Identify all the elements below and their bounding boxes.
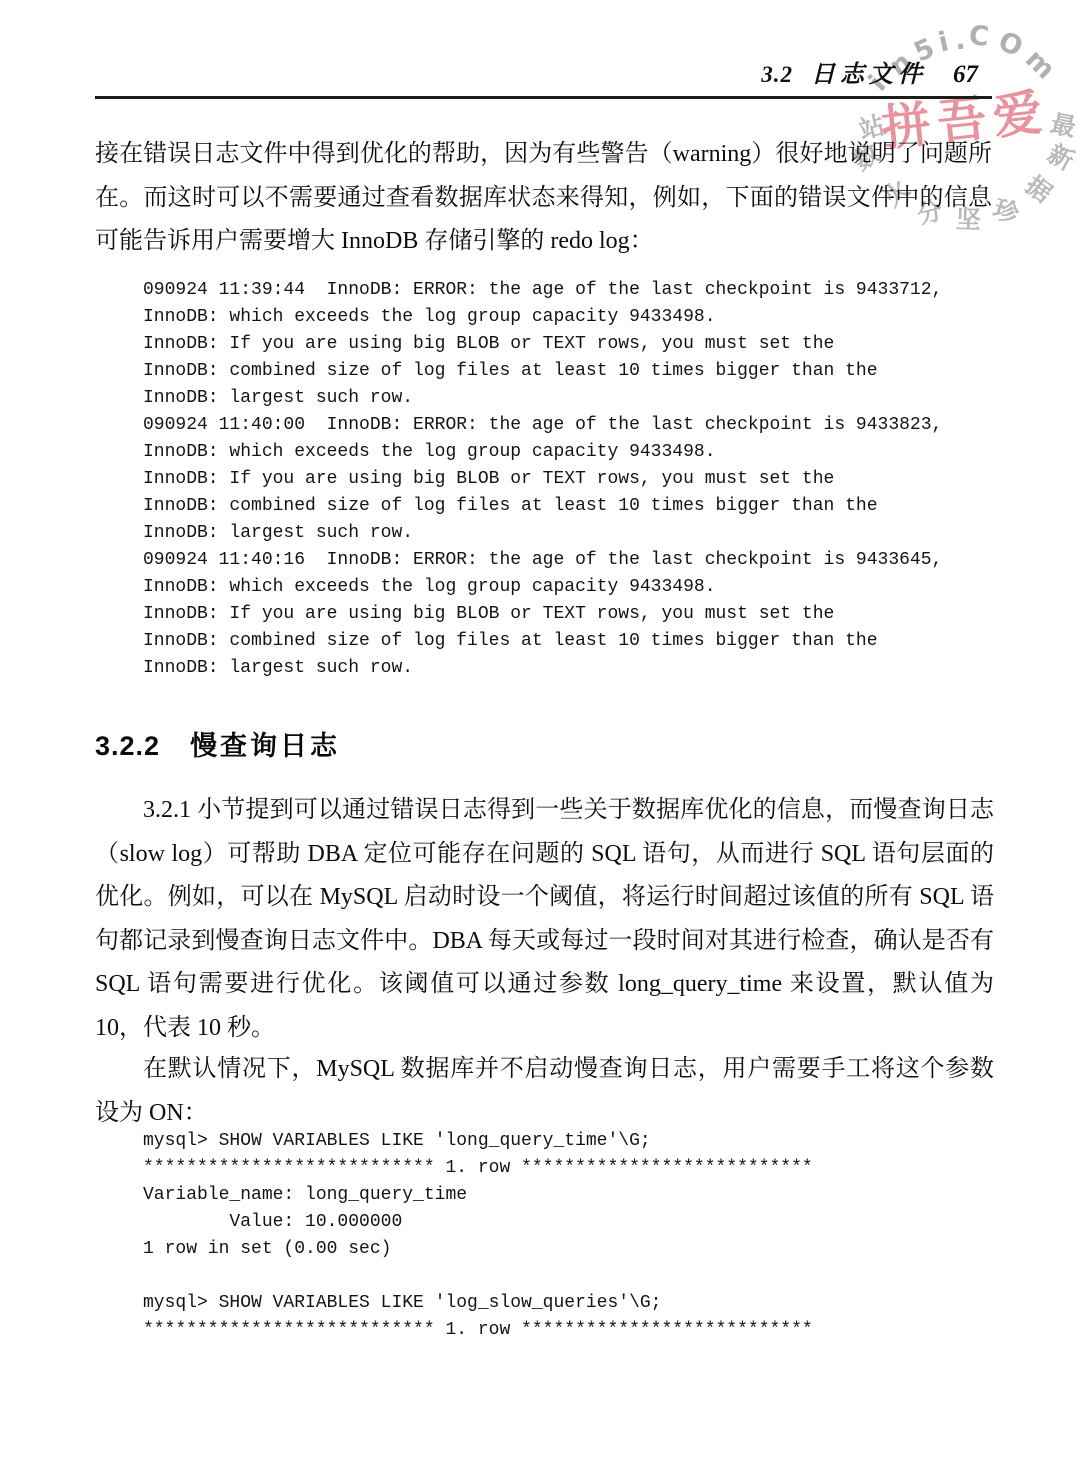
chapter-title: 日志文件: [811, 62, 927, 88]
watermark-ring-char: 据: [1019, 166, 1060, 210]
heading-number: 3.2.2: [95, 731, 160, 761]
section-number: 3.2: [761, 62, 793, 87]
watermark-ring-char: 新: [1042, 134, 1080, 178]
header-rule: [95, 96, 992, 99]
page-header: 3.2日志文件67: [95, 54, 978, 89]
heading-title: 慢查询日志: [190, 731, 340, 761]
watermark-arc-letter: C: [967, 20, 990, 53]
watermark-arc-letter: .: [954, 25, 967, 57]
default-off-paragraph: 在默认情况下，MySQL 数据库并不启动慢查询日志，用户需要手工将这个参数设为 …: [95, 1048, 994, 1135]
intro-paragraph: 接在错误日志文件中得到优化的帮助，因为有些警告（warning）很好地说明了问题…: [95, 133, 992, 264]
watermark-ring-char: 珍: [989, 189, 1024, 231]
page-number: 67: [953, 61, 978, 88]
slow-log-paragraph: 3.2.1 小节提到可以通过错误日志得到一些关于数据库优化的信息，而慢查询日志（…: [95, 789, 994, 1050]
book-page: { "header": { "section_number": "3.2", "…: [0, 0, 1080, 1478]
mysql-session-block: mysql> SHOW VARIABLES LIKE 'long_query_t…: [143, 1128, 813, 1344]
watermark-ring-char: 最: [1048, 104, 1080, 144]
error-log-block: 090924 11:39:44 InnoDB: ERROR: the age o…: [143, 277, 942, 682]
watermark-arc-letter: m: [1019, 44, 1061, 86]
watermark-arc-letter: O: [994, 26, 1028, 64]
section-heading: 3.2.2慢查询日志: [95, 724, 340, 763]
